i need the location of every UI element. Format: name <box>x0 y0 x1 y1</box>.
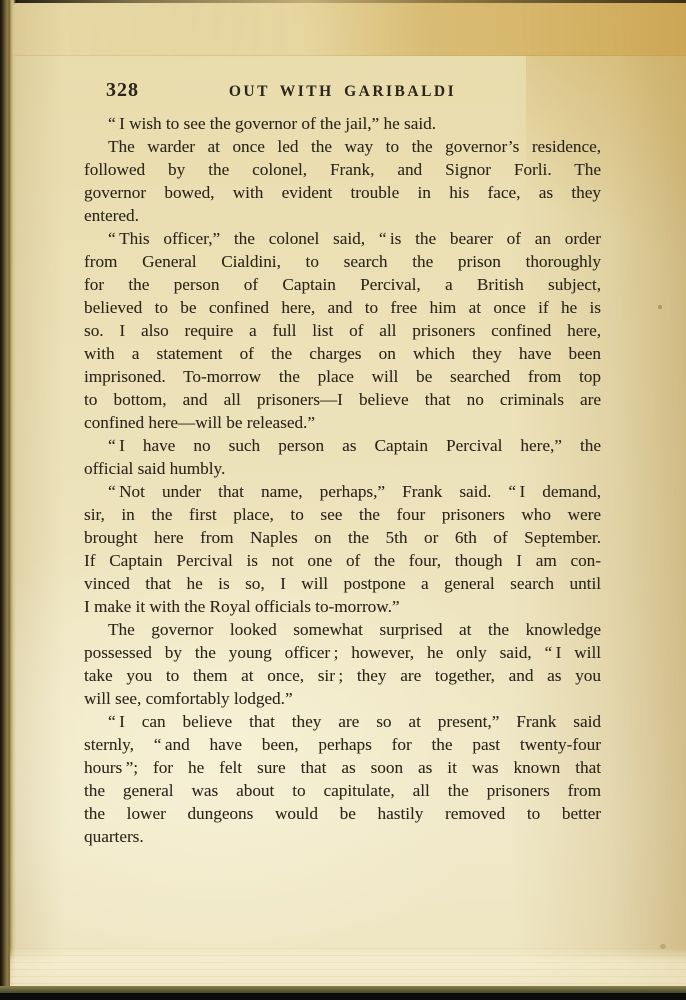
text-line: “ I have no such person as Captain Perci… <box>84 434 601 457</box>
text-line: believed to be confined here, and to fre… <box>84 296 601 319</box>
text-line: sternly, “ and have been, perhaps for th… <box>84 733 601 756</box>
page-edge-top-shade <box>0 0 686 56</box>
book-binding-edge <box>0 0 16 1000</box>
page-stack-edges <box>10 948 686 987</box>
text-line: hours ”; for he felt sure that as soon a… <box>84 756 601 779</box>
page-edge-bottom-shade <box>0 986 686 993</box>
paragraph: “ This officer,” the colonel said, “ is … <box>84 227 601 434</box>
text-line: The warder at once led the way to the go… <box>84 135 601 158</box>
text-line: governor bowed, with evident trouble in … <box>84 181 601 204</box>
paragraph: “ Not under that name, perhaps,” Frank s… <box>84 480 601 618</box>
text-line: take you to them at once, sir ; they are… <box>84 664 601 687</box>
text-line: “ I can believe that they are so at pres… <box>84 710 601 733</box>
text-line: brought here from Naples on the 5th or 6… <box>84 526 601 549</box>
text-line: The governor looked somewhat surprised a… <box>84 618 601 641</box>
paragraph: “ I have no such person as Captain Perci… <box>84 434 601 480</box>
text-line: for the person of Captain Percival, a Br… <box>84 273 601 296</box>
text-line: vinced that he is so, I will postpone a … <box>84 572 601 595</box>
text-line: quarters. <box>84 825 601 848</box>
paper-speck <box>658 305 662 309</box>
text-line: so. I also require a full list of all pr… <box>84 319 601 342</box>
text-block: “ I wish to see the governor of the jail… <box>84 112 601 848</box>
text-line: imprisoned. To-morrow the place will be … <box>84 365 601 388</box>
paragraph: “ I wish to see the governor of the jail… <box>84 112 601 135</box>
text-line: possessed by the young officer ; however… <box>84 641 601 664</box>
text-line: confined here—will be released.” <box>84 411 601 434</box>
text-line: from General Cialdini, to search the pri… <box>84 250 601 273</box>
paper-speck <box>660 944 666 949</box>
text-line: with a statement of the charges on which… <box>84 342 601 365</box>
text-line: the general was about to capitulate, all… <box>84 779 601 802</box>
text-line: official said humbly. <box>84 457 601 480</box>
paragraph: The warder at once led the way to the go… <box>84 135 601 227</box>
text-line: the lower dungeons would be hastily remo… <box>84 802 601 825</box>
scanned-book-page: 328 OUT WITH GARIBALDI “ I wish to see t… <box>0 0 686 1000</box>
text-line: sir, in the first place, to see the four… <box>84 503 601 526</box>
page-edge-top-line <box>0 0 686 3</box>
text-line: to bottom, and all prisoners—I believe t… <box>84 388 601 411</box>
scan-background-bottom <box>0 993 686 1000</box>
page-number: 328 <box>106 79 139 102</box>
text-line: “ Not under that name, perhaps,” Frank s… <box>84 480 601 503</box>
paragraph: The governor looked somewhat surprised a… <box>84 618 601 710</box>
running-title: OUT WITH GARIBALDI <box>84 79 601 101</box>
paragraph: “ I can believe that they are so at pres… <box>84 710 601 848</box>
text-line: “ I wish to see the governor of the jail… <box>84 112 601 135</box>
text-line: followed by the colonel, Frank, and Sign… <box>84 158 601 181</box>
text-line: I make it with the Royal officials to-mo… <box>84 595 601 618</box>
text-line: entered. <box>84 204 601 227</box>
text-line: If Captain Percival is not one of the fo… <box>84 549 601 572</box>
text-line: “ This officer,” the colonel said, “ is … <box>84 227 601 250</box>
text-line: will see, comfortably lodged.” <box>84 687 601 710</box>
page-header: 328 OUT WITH GARIBALDI <box>84 79 601 103</box>
